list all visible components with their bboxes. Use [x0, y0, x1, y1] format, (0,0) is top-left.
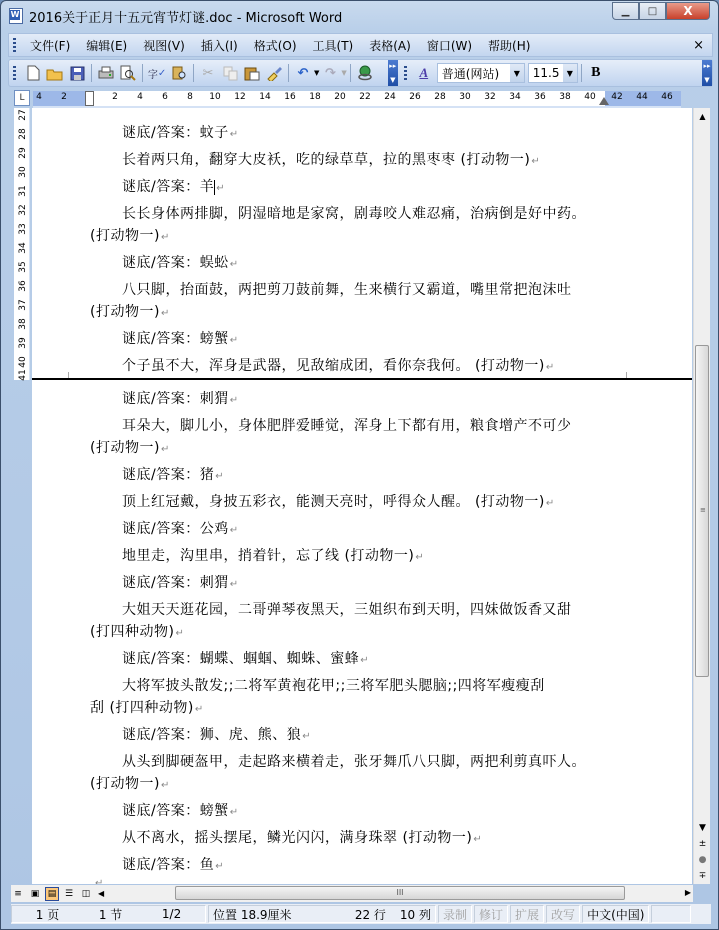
next-page-icon[interactable]: ∓: [694, 868, 711, 884]
paragraph[interactable]: 谜底/答案：螃蟹↵: [122, 800, 239, 820]
paragraph[interactable]: 地里走，沟里串，捎着针，忘了线 (打动物一)↵: [122, 545, 424, 565]
minimize-button[interactable]: ▁: [612, 2, 639, 20]
research-icon[interactable]: [170, 64, 188, 82]
status-position: 位置 18.9厘米: [213, 906, 331, 923]
new-document-icon[interactable]: [24, 64, 42, 82]
cut-icon[interactable]: ✂: [199, 64, 217, 82]
status-column: 10 列: [400, 906, 431, 923]
word-window: 2016关于正月十五元宵节灯谜.doc - Microsoft Word ▁ □…: [0, 0, 719, 930]
word-app-icon[interactable]: [9, 8, 23, 24]
paragraph[interactable]: 大姐天天逛花园，二哥弹琴夜黑天，三姐织布到天明，四妹做饭香又甜: [122, 599, 572, 619]
format-painter-icon[interactable]: [265, 64, 283, 82]
paragraph[interactable]: 谜底/答案：蚊子↵: [122, 122, 239, 142]
close-button[interactable]: X: [666, 2, 710, 20]
vertical-scrollbar[interactable]: ▲ ≡ ▼ ± ● ∓: [693, 108, 710, 884]
spelling-icon[interactable]: 字✓: [148, 64, 166, 82]
status-page-of: 1/2: [162, 907, 181, 921]
outline-view-icon[interactable]: ☰: [62, 887, 76, 901]
paragraph[interactable]: 耳朵大，脚儿小，身体肥胖爱睡觉，浑身上下都有用，粮食增产不可少: [122, 415, 572, 435]
save-icon[interactable]: [68, 64, 86, 82]
paragraph[interactable]: 谜底/答案：螃蟹↵: [122, 328, 239, 348]
menu-tools[interactable]: 工具(T): [305, 37, 362, 54]
empty-paragraph[interactable]: ↵: [94, 874, 104, 884]
paragraph[interactable]: 谜底/答案：公鸡↵: [122, 518, 239, 538]
status-spare: [651, 905, 691, 923]
menu-format[interactable]: 格式(O): [246, 37, 305, 54]
status-extend[interactable]: 扩展: [510, 905, 544, 923]
font-size-value: 11.5: [533, 66, 560, 80]
paragraph[interactable]: 谜底/答案：蜈蚣↵: [122, 252, 239, 272]
tab-selector[interactable]: L: [14, 90, 30, 106]
paragraph[interactable]: 八只脚，抬面鼓，两把剪刀鼓前舞，生来横行又霸道，嘴里常把泡沫吐: [122, 279, 572, 299]
horizontal-ruler: L 4 2 2 4 6 8 10 12 14 16 18 20 22 24 26…: [11, 89, 711, 107]
paragraph[interactable]: 顶上红冠戴，身披五彩衣，能测天亮时，呼得众人醒。 (打动物一)↵: [122, 491, 555, 511]
scroll-right-icon[interactable]: ▶: [685, 888, 691, 897]
normal-view-icon[interactable]: ≡: [11, 887, 25, 901]
menu-view[interactable]: 视图(V): [135, 37, 193, 54]
paragraph-continuation[interactable]: 刮 (打四种动物)↵: [90, 697, 204, 717]
print-layout-view-icon[interactable]: ▤: [45, 887, 59, 901]
paragraph[interactable]: 从不离水，摇头摆尾，鳞光闪闪，满身珠翠 (打动物一)↵: [122, 827, 482, 847]
maximize-button[interactable]: □: [639, 2, 666, 20]
paragraph[interactable]: 谜底/答案：狮、虎、熊、狼↵: [122, 724, 311, 744]
status-page: 1 页: [36, 906, 59, 923]
hyperlink-icon[interactable]: [356, 64, 374, 82]
menu-insert[interactable]: 插入(I): [193, 37, 246, 54]
font-size-select[interactable]: 11.5 ▼: [528, 63, 578, 83]
menu-table[interactable]: 表格(A): [361, 37, 419, 54]
redo-icon[interactable]: ↷: [321, 64, 339, 82]
web-layout-view-icon[interactable]: ▣: [28, 887, 42, 901]
menu-window[interactable]: 窗口(W): [419, 37, 480, 54]
paragraph-continuation[interactable]: (打动物一)↵: [90, 225, 170, 245]
paragraph-continuation[interactable]: (打动物一)↵: [90, 301, 170, 321]
print-preview-icon[interactable]: [119, 64, 137, 82]
menu-edit[interactable]: 编辑(E): [78, 37, 135, 54]
status-track-changes[interactable]: 修订: [474, 905, 508, 923]
paragraph[interactable]: 谜底/答案：蝴蝶、蝈蝈、蜘蛛、蜜蜂↵: [122, 648, 369, 668]
paragraph-continuation[interactable]: (打动物一)↵: [90, 773, 170, 793]
formatting-toolbar-grip-icon[interactable]: [404, 66, 407, 80]
paragraph[interactable]: 谜底/答案：鱼↵: [122, 854, 224, 874]
copy-icon[interactable]: [221, 64, 239, 82]
scroll-down-icon[interactable]: ▼: [694, 820, 711, 836]
page-break-line: [32, 378, 692, 380]
select-browse-object-icon[interactable]: ●: [694, 852, 711, 868]
status-overtype[interactable]: 改写: [546, 905, 580, 923]
style-value: 普通(网站): [442, 65, 499, 82]
status-language[interactable]: 中文(中国): [582, 905, 649, 923]
menubar-grip-icon[interactable]: [13, 38, 16, 52]
paragraph-continuation[interactable]: (打动物一)↵: [90, 437, 170, 457]
right-indent-marker[interactable]: [599, 97, 609, 105]
paragraph[interactable]: 个子虽不大，浑身是武器，见敌缩成团，看你奈我何。 (打动物一)↵: [122, 355, 555, 375]
previous-page-icon[interactable]: ±: [694, 836, 711, 852]
paragraph[interactable]: 谜底/答案：猪↵: [122, 464, 224, 484]
paragraph[interactable]: 大将军披头散发;;二将军黄袍花甲;;三将军肥头腮脑;;四将军瘦瘦刮: [122, 675, 545, 695]
status-page-info[interactable]: 1 页 1 节 1/2: [11, 905, 206, 923]
style-select[interactable]: 普通(网站) ▼: [437, 63, 525, 83]
indent-marker[interactable]: [85, 91, 94, 106]
paragraph[interactable]: 从头到脚硬盔甲，走起路来横着走，张牙舞爪八只脚，两把利剪真吓人。: [122, 751, 586, 771]
document-area[interactable]: 谜底/答案：蚊子↵ 长着两只角，翻穿大皮袄，吃的绿草草，拉的黑枣枣 (打动物一)…: [32, 108, 692, 884]
vertical-scroll-thumb[interactable]: ≡: [695, 345, 709, 677]
redo-dropdown-icon[interactable]: ▼: [341, 69, 346, 77]
menu-help[interactable]: 帮助(H): [480, 37, 538, 54]
title-bar: 2016关于正月十五元宵节灯谜.doc - Microsoft Word ▁ □…: [1, 1, 718, 31]
paragraph-continuation[interactable]: (打四种动物)↵: [90, 621, 184, 641]
reading-view-icon[interactable]: ◫: [79, 887, 93, 901]
view-and-hscroll-bar: ≡ ▣ ▤ ☰ ◫ ◀ III ▶: [11, 885, 693, 902]
styles-icon[interactable]: A: [415, 64, 433, 82]
scroll-up-icon[interactable]: ▲: [694, 108, 711, 125]
status-bar: 1 页 1 节 1/2 位置 18.9厘米 22 行 10 列 录制 修订 扩展…: [11, 904, 711, 924]
chevron-down-icon[interactable]: ▼: [563, 64, 577, 82]
status-line: 22 行: [355, 906, 386, 923]
status-record[interactable]: 录制: [438, 905, 472, 923]
print-icon[interactable]: [97, 64, 115, 82]
vertical-ruler[interactable]: 27 28 29 30 31 32 33 34 35 36 37 38 39 4…: [14, 108, 30, 380]
status-position-info[interactable]: 位置 18.9厘米 22 行 10 列: [208, 905, 436, 923]
bold-button[interactable]: B: [587, 64, 605, 82]
toolbar-options-button[interactable]: ▸▸▼: [388, 60, 398, 86]
undo-dropdown-icon[interactable]: ▼: [314, 69, 319, 77]
menu-file[interactable]: 文件(F): [22, 37, 78, 54]
formatting-options-button[interactable]: ▸▸▼: [702, 60, 712, 86]
standard-toolbar: 字✓ ✂ ↶ ▼ ↷ ▼ ▸▸▼ A 普通(网站) ▼ 11.5 ▼ B ▸▸▼: [8, 59, 713, 87]
horizontal-scrollbar[interactable]: III ▶: [101, 886, 691, 901]
toolbar-grip-icon[interactable]: [13, 66, 16, 80]
open-icon[interactable]: [46, 64, 64, 82]
ruler-track[interactable]: 4 2 2 4 6 8 10 12 14 16 18 20 22 24 26 2…: [33, 91, 681, 106]
paragraph[interactable]: 谜底/答案：刺猬↵: [122, 388, 239, 408]
undo-icon[interactable]: ↶: [294, 64, 312, 82]
status-section: 1 节: [99, 906, 122, 923]
window-title: 2016关于正月十五元宵节灯谜.doc - Microsoft Word: [29, 7, 342, 26]
paragraph[interactable]: 谜底/答案：羊↵: [122, 176, 225, 196]
paragraph[interactable]: 长长身体两排脚，阴湿暗地是家窝，剧毒咬人难忍痛，治病倒是好中药。: [122, 203, 586, 223]
menu-bar: 文件(F) 编辑(E) 视图(V) 插入(I) 格式(O) 工具(T) 表格(A…: [8, 33, 713, 57]
horizontal-scroll-thumb[interactable]: III: [175, 886, 625, 900]
grip-icon: ≡: [700, 506, 706, 514]
paste-icon[interactable]: [243, 64, 261, 82]
close-document-button[interactable]: ×: [693, 38, 704, 53]
paragraph[interactable]: 谜底/答案：刺猬↵: [122, 572, 239, 592]
paragraph[interactable]: 长着两只角，翻穿大皮袄，吃的绿草草，拉的黑枣枣 (打动物一)↵: [122, 149, 540, 169]
chevron-down-icon[interactable]: ▼: [510, 64, 524, 82]
